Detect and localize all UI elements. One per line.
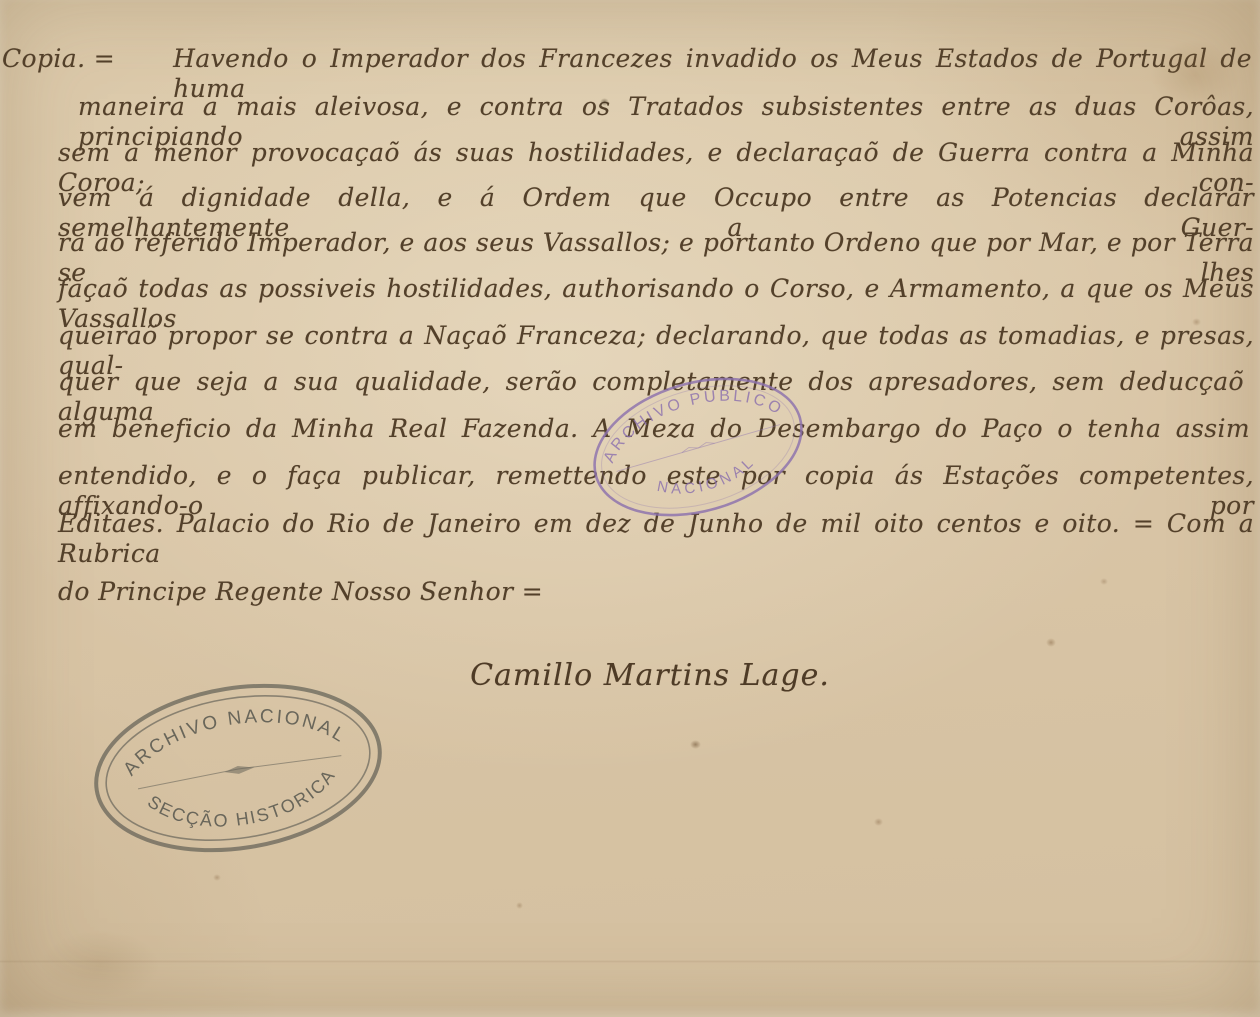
paper-stain <box>213 874 221 881</box>
paper-stain <box>690 740 701 749</box>
stamp-flourish-ornament <box>681 440 715 452</box>
paper-stain <box>1100 578 1108 585</box>
stamp-flourish-ornament <box>224 764 255 777</box>
signature: Camillo Martins Lage. <box>420 658 880 693</box>
paper-stain <box>516 902 523 909</box>
stamp-bottom-text: SECÇÃO HISTORICA <box>142 763 346 844</box>
stamp-bottom-text: NACIONAL <box>651 450 763 508</box>
paper-stain <box>874 818 883 826</box>
manuscript-page: Copia. = Havendo o Imperador dos Francez… <box>0 0 1260 1017</box>
manuscript-line: do Principe Regente Nosso Senhor = <box>58 577 958 607</box>
archivo-nacional-stamp: ARCHIVO NACIONAL SECÇÃO HISTORICA <box>77 661 400 876</box>
paper-crease <box>0 960 1260 963</box>
paper-stain <box>40 930 160 1000</box>
paper-stain <box>1046 638 1056 647</box>
